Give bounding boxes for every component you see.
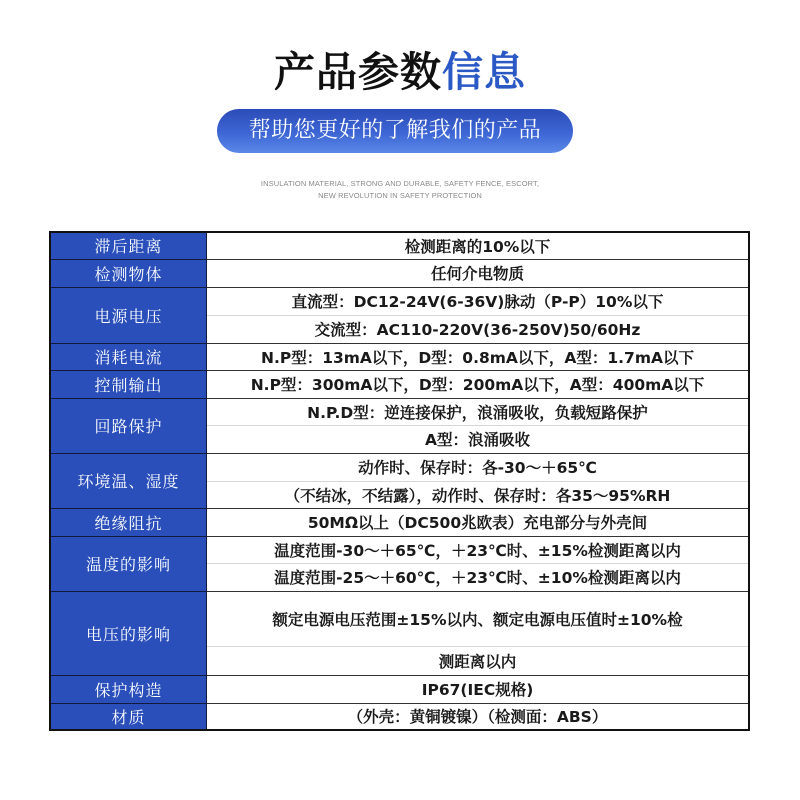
spec-row-protection-structure: 保护构造 IP67(IEC规格) bbox=[50, 675, 749, 703]
spec-row-material: 材质 （外壳：黄铜镀镍）（检测面：ABS） bbox=[50, 703, 749, 730]
spec-row-voltage-influence: 电压的影响 额定电源电压范围±15%以内、额定电源电压值时±10%检 bbox=[50, 591, 749, 646]
spec-table: 滞后距离 检测距离的10%以下 检测物体 任何介电物质 电源电压 直流型：DC1… bbox=[49, 231, 750, 731]
spec-row-supply-voltage: 电源电压 直流型：DC12-24V(6-36V)脉动（P-P）10%以下 bbox=[50, 287, 749, 315]
spec-value: （不结冰，不结露），动作时、保存时：各35～95%RH bbox=[207, 481, 750, 508]
spec-value: 动作时、保存时：各-30～＋65℃ bbox=[207, 453, 750, 481]
spec-label: 滞后距离 bbox=[50, 232, 207, 259]
spec-value: 温度范围-30～＋65℃，＋23℃时、±15%检测距离以内 bbox=[207, 536, 750, 563]
spec-value: N.P型：13mA以下，D型：0.8mA以下，A型：1.7mA以下 bbox=[207, 343, 750, 370]
spec-label: 消耗电流 bbox=[50, 343, 207, 370]
tagline-line-2: NEW REVOLUTION IN SAFETY PROTECTION bbox=[0, 190, 800, 202]
spec-row-target: 检测物体 任何介电物质 bbox=[50, 259, 749, 287]
spec-value: N.P型：300mA以下，D型：200mA以下，A型：400mA以下 bbox=[207, 370, 750, 398]
subtitle-banner: 帮助您更好的了解我们的产品 bbox=[217, 109, 573, 153]
spec-label: 电压的影响 bbox=[50, 591, 207, 675]
page-title-main: 产品参数 bbox=[274, 48, 442, 96]
spec-value: A型：浪涌吸收 bbox=[207, 425, 750, 453]
spec-label: 控制输出 bbox=[50, 370, 207, 398]
spec-value: 测距离以内 bbox=[207, 646, 750, 675]
spec-value: 交流型：AC110-220V(36-250V)50/60Hz bbox=[207, 315, 750, 343]
spec-value: N.P.D型：逆连接保护，浪涌吸收，负载短路保护 bbox=[207, 398, 750, 425]
spec-row-control-output: 控制输出 N.P型：300mA以下，D型：200mA以下，A型：400mA以下 bbox=[50, 370, 749, 398]
spec-value: 任何介电物质 bbox=[207, 259, 750, 287]
spec-row-current-consumption: 消耗电流 N.P型：13mA以下，D型：0.8mA以下，A型：1.7mA以下 bbox=[50, 343, 749, 370]
spec-label: 材质 bbox=[50, 703, 207, 730]
spec-label: 绝缘阻抗 bbox=[50, 508, 207, 536]
spec-value: 额定电源电压范围±15%以内、额定电源电压值时±10%检 bbox=[207, 591, 750, 646]
spec-value: （外壳：黄铜镀镍）（检测面：ABS） bbox=[207, 703, 750, 730]
spec-row-temperature-influence: 温度的影响 温度范围-30～＋65℃，＋23℃时、±15%检测距离以内 bbox=[50, 536, 749, 563]
spec-label: 温度的影响 bbox=[50, 536, 207, 591]
spec-label: 保护构造 bbox=[50, 675, 207, 703]
spec-value: 检测距离的10%以下 bbox=[207, 232, 750, 259]
tagline: INSULATION MATERIAL, STRONG AND DURABLE,… bbox=[0, 178, 800, 202]
spec-row-insulation: 绝缘阻抗 50MΩ以上（DC500兆欧表）充电部分与外壳间 bbox=[50, 508, 749, 536]
tagline-line-1: INSULATION MATERIAL, STRONG AND DURABLE,… bbox=[0, 178, 800, 190]
spec-row-hysteresis: 滞后距离 检测距离的10%以下 bbox=[50, 232, 749, 259]
page-title-accent: 信息 bbox=[442, 48, 526, 96]
spec-value: 直流型：DC12-24V(6-36V)脉动（P-P）10%以下 bbox=[207, 287, 750, 315]
page-title: 产品参数信息 bbox=[0, 46, 800, 98]
spec-label: 检测物体 bbox=[50, 259, 207, 287]
spec-label: 电源电压 bbox=[50, 287, 207, 343]
spec-value: IP67(IEC规格) bbox=[207, 675, 750, 703]
spec-row-circuit-protection: 回路保护 N.P.D型：逆连接保护，浪涌吸收，负载短路保护 bbox=[50, 398, 749, 425]
spec-value: 50MΩ以上（DC500兆欧表）充电部分与外壳间 bbox=[207, 508, 750, 536]
spec-label: 回路保护 bbox=[50, 398, 207, 453]
spec-row-ambient: 环境温、湿度 动作时、保存时：各-30～＋65℃ bbox=[50, 453, 749, 481]
spec-value: 温度范围-25～＋60℃，＋23℃时、±10%检测距离以内 bbox=[207, 563, 750, 591]
spec-label: 环境温、湿度 bbox=[50, 453, 207, 508]
